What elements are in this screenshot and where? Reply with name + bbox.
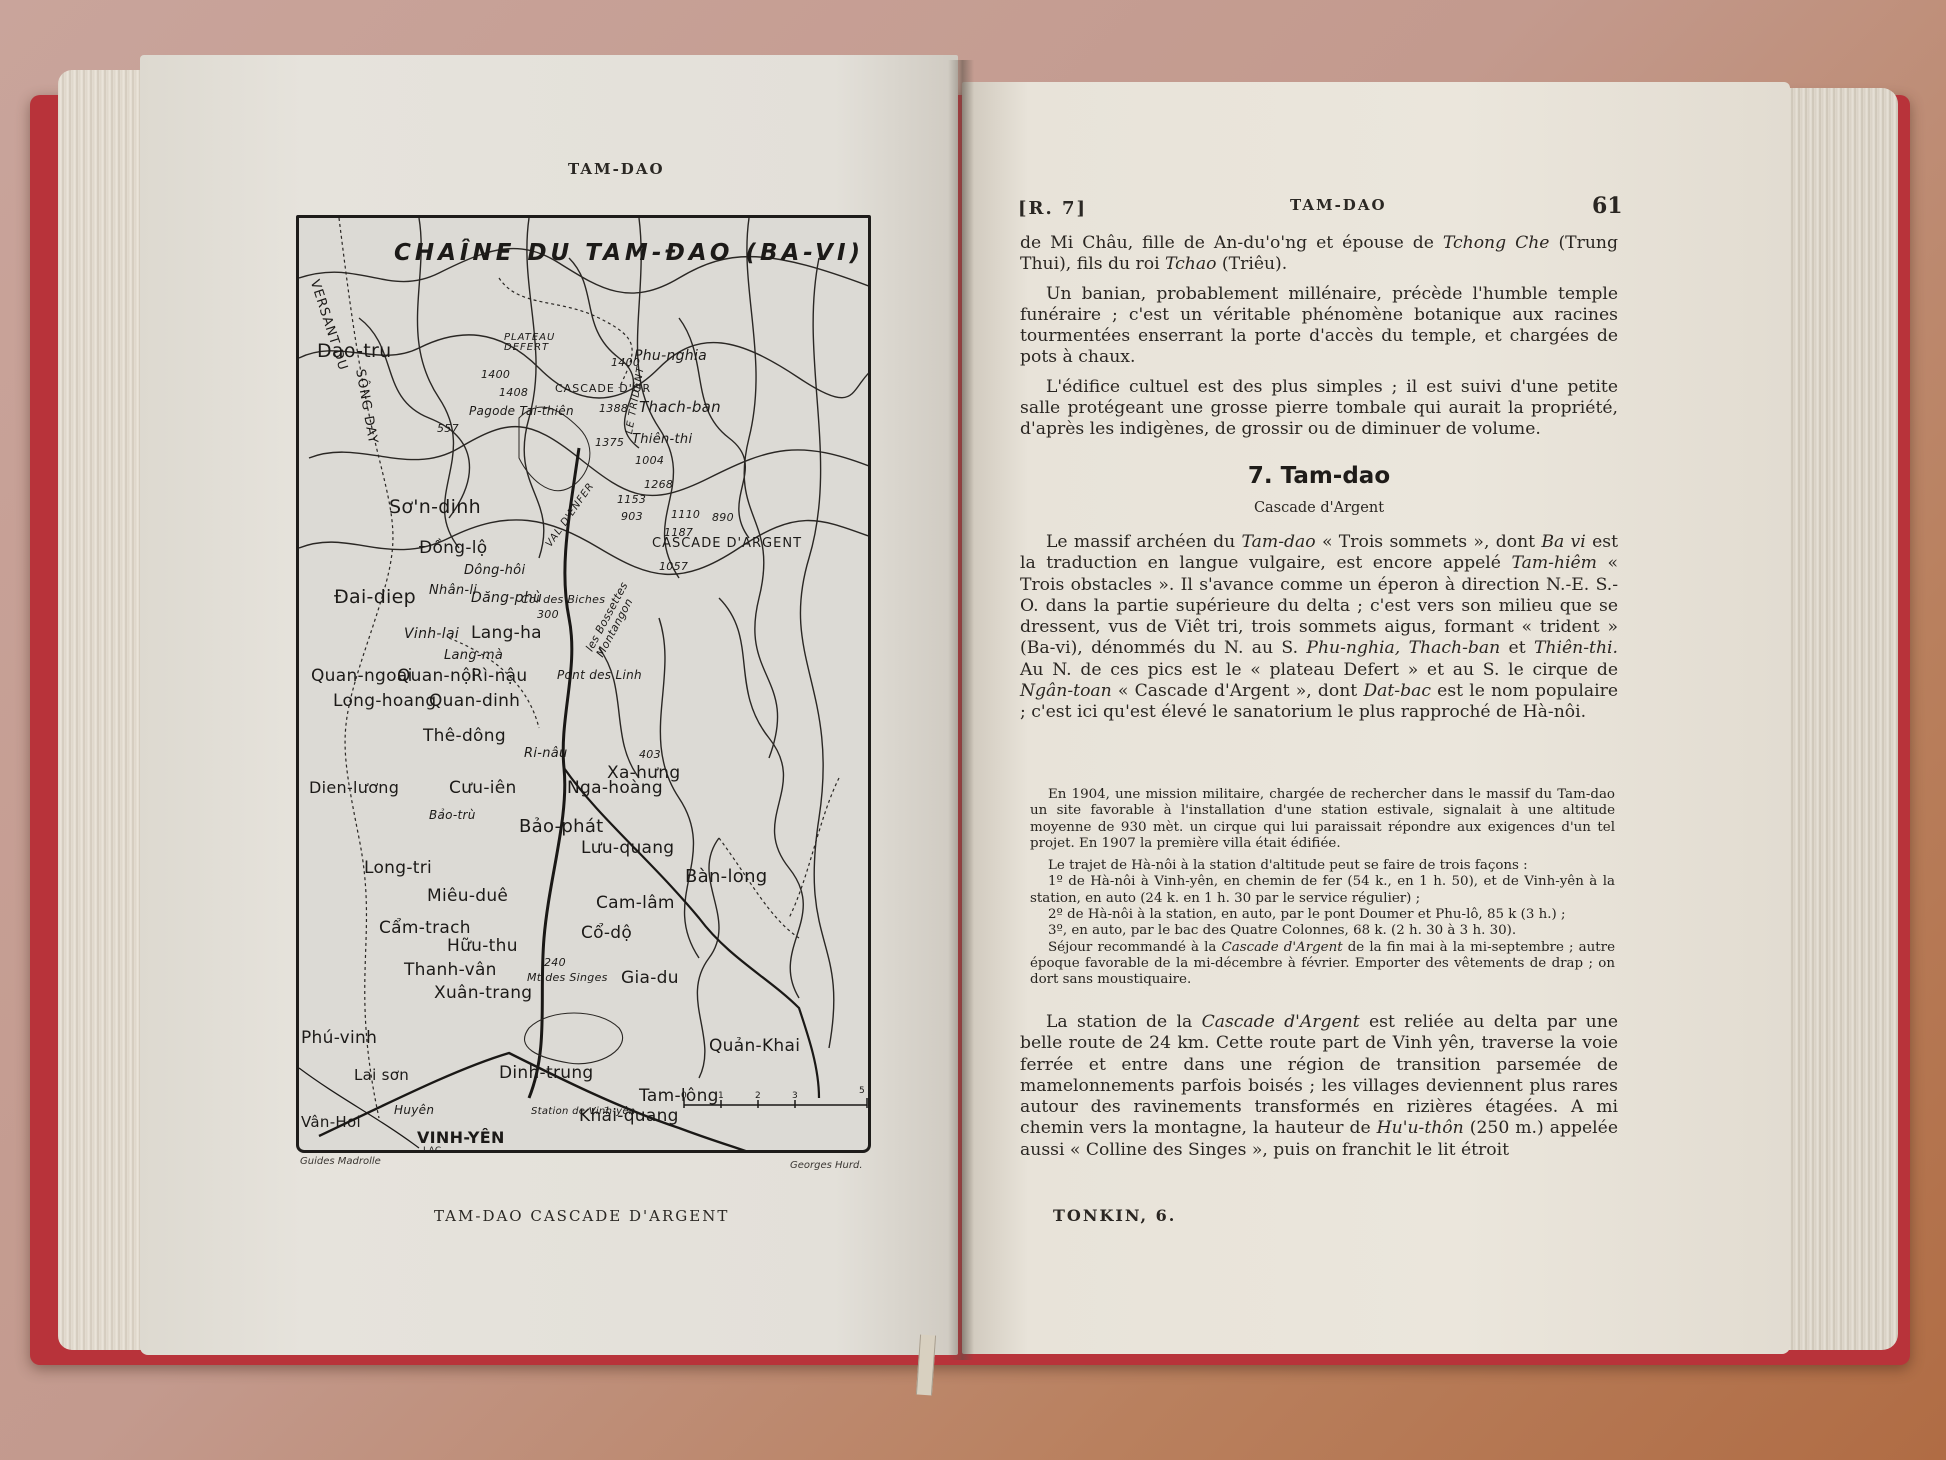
map-label-plateau-defert: PLATEAU DEFERT (504, 333, 564, 353)
scale-tick-5: 5 (859, 1086, 865, 1096)
small-paragraph-sejour: Séjour recommandé à la Cascade d'Argent … (1030, 940, 1615, 989)
elev-403: 403 (639, 748, 661, 761)
elev-1057: 1057 (659, 560, 688, 573)
map-label-dai-diep: Đai-diep (334, 586, 416, 608)
map-label-col-des-biches: Col des Biches (521, 593, 605, 606)
map-figure: CHAÎNE DU TAM-ĐAO (BA-VI) VERSANT DU Dao… (296, 215, 871, 1153)
elev-300: 300 (537, 608, 559, 621)
small-print-block: En 1904, une mission militaire, chargée … (1030, 787, 1615, 989)
map-label-cuu-ien: Cưu-iên (449, 778, 517, 798)
paragraph-2: Un banian, probablement millénaire, préc… (1020, 284, 1618, 369)
map-label-pagode: Pagode Tai-thiên (469, 404, 574, 418)
elev-1388: 1388 (599, 402, 628, 415)
elev-1004: 1004 (635, 454, 664, 467)
small-route-3: 3º, en auto, par le bac des Quatre Colon… (1030, 923, 1615, 939)
map-label-cam-trach: Cẩm-trach (379, 918, 471, 938)
map-label-long-hoang: Long-hoang (333, 691, 436, 711)
elev-240: 240 (544, 956, 566, 969)
text-block-top: de Mi Châu, fille de An-du'o'ng et épous… (1020, 233, 1618, 441)
scale-tick-1: 1 (718, 1091, 724, 1101)
map-label-bao-tru: Bảo-trù (429, 808, 476, 822)
map-label-ban-long: Bàn-long (685, 866, 768, 887)
map-label-dinh-trung: Dinh-trung (499, 1063, 594, 1083)
map-label-lac: LAC (423, 1146, 441, 1153)
scale-tick-2: 2 (755, 1091, 761, 1101)
scale-tick-3: 3 (792, 1091, 798, 1101)
signature-mark: TONKIN, 6. (1053, 1206, 1176, 1225)
map-label-mt-des-singes: Mt des Singes (527, 971, 608, 984)
map-label-nga-hoang: Nga-hoàng (567, 778, 663, 798)
map-label-luu-quang: Lưu-quang (581, 838, 674, 858)
bookmark-ribbon (916, 1335, 936, 1396)
map-label-thanh-van: Thanh-vân (404, 960, 497, 980)
right-running-head: TAM-DAO (1290, 196, 1387, 214)
map-label-lang-ma: Lang-mà (444, 648, 503, 663)
map-credit-right: Georges Hurd. (790, 1160, 863, 1171)
map-label-cam-lam: Cam-lâm (596, 893, 675, 913)
map-label-bao-phat: Bảo-phát (519, 816, 604, 837)
map-label-co-do: Cổ-dộ (581, 923, 632, 943)
map-label-pont-des-linh: Pont des Linh (557, 668, 642, 682)
map-label-nhan-li: Nhân-li (429, 583, 477, 598)
route-reference: [R. 7] (1018, 198, 1087, 219)
map-label-dao-tru: Dao-tru (317, 340, 392, 362)
map-label-tam-long: Tam-lông (639, 1086, 719, 1106)
map-label-phu-nghia: Phu-nghia (634, 348, 707, 364)
elev-557: 557 (437, 422, 459, 435)
map-label-dien-luong: Dien-lương (309, 778, 399, 797)
scale-tick-0: 0 (681, 1091, 687, 1101)
small-paragraph-history: En 1904, une mission militaire, chargée … (1030, 787, 1615, 852)
small-paragraph-routes: Le trajet de Hà-nôi à la station d'altit… (1030, 858, 1615, 874)
map-label-huu-thu: Hữu-thu (447, 936, 518, 956)
map-label-thach-ban: Thach-ban (639, 398, 721, 416)
map-label-mieu-due: Miêu-duê (427, 886, 508, 906)
section-subtitle: Cascade d'Argent (1020, 500, 1618, 516)
map-label-khai-quang: Khải-quang (579, 1106, 679, 1126)
map-label-van-hoi: Vân-Hoi (301, 1113, 361, 1131)
book-spine-gutter (948, 60, 974, 1360)
elev-890: 890 (712, 511, 734, 524)
right-page-edges (1780, 88, 1898, 1350)
map-label-lang-ha: Lang-ha (471, 623, 542, 643)
map-label-vinh-yen: VINH-YÊN (417, 1128, 505, 1147)
elev-1375: 1375 (595, 436, 624, 449)
map-label-xuan-trang: Xuân-trang (434, 983, 532, 1003)
map-label-quan-dinh: Quan-dinh (429, 691, 520, 711)
map-label-dong-lo: Đồng-lộ (419, 538, 488, 558)
elev-1110: 1110 (671, 508, 700, 521)
map-label-gia-du: Gia-du (621, 968, 679, 988)
map-credit-left: Guides Madrolle (300, 1156, 381, 1167)
elev-1408: 1408 (499, 386, 528, 399)
map-label-dong-hoi: Dông-hôi (464, 563, 525, 578)
map-label-son-dinh: Sơ'n-dinh (389, 496, 481, 518)
page-number: 61 (1592, 193, 1623, 219)
map-label-ri-nau-small: Ri-nâu (524, 746, 568, 761)
paragraph-5: La station de la Cascade d'Argent est re… (1020, 1012, 1618, 1161)
elev-1400a: 1400 (481, 368, 510, 381)
paragraph-3: L'édifice cultuel est des plus simples ;… (1020, 377, 1618, 441)
left-page-edges (58, 70, 148, 1350)
section-title: 7. Tam-dao (1020, 463, 1618, 489)
small-route-2: 2º de Hà-nôi à la station, en auto, par … (1030, 907, 1615, 923)
map-label-vinh-lai: Vinh-lai (404, 626, 459, 642)
paragraph-1: de Mi Châu, fille de An-du'o'ng et épous… (1020, 233, 1618, 276)
map-label-quan-noi: Quan-nội (397, 666, 477, 686)
map-label-phu-vinh: Phú-vinh (301, 1028, 377, 1048)
paragraph-4: Le massif archéen du Tam-dao « Trois som… (1020, 532, 1618, 724)
map-label-thien-thi: Thiên-thi (632, 432, 692, 447)
left-running-head: TAM-DAO (568, 160, 665, 178)
elev-1153: 1153 (617, 493, 646, 506)
small-route-1: 1º de Hà-nôi à Vinh-yên, en chemin de fe… (1030, 874, 1615, 907)
map-label-quan-khai: Quản-Khai (709, 1036, 800, 1056)
map-caption: TAM-DAO CASCADE D'ARGENT (434, 1207, 729, 1225)
elev-903: 903 (621, 510, 643, 523)
map-label-lai-son: Lai sơn (354, 1066, 409, 1084)
map-label-huyen: Huyên (394, 1103, 434, 1117)
map-label-ri-nau: Rì-nậu (471, 666, 527, 686)
map-label-long-tri: Long-tri (364, 858, 432, 878)
map-title: CHAÎNE DU TAM-ĐAO (BA-VI) (394, 240, 864, 266)
map-label-cascade-dargent: CASCADE D'ARGENT (652, 536, 802, 551)
map-label-the-dong: Thê-dông (423, 726, 506, 746)
elev-1268: 1268 (644, 478, 673, 491)
